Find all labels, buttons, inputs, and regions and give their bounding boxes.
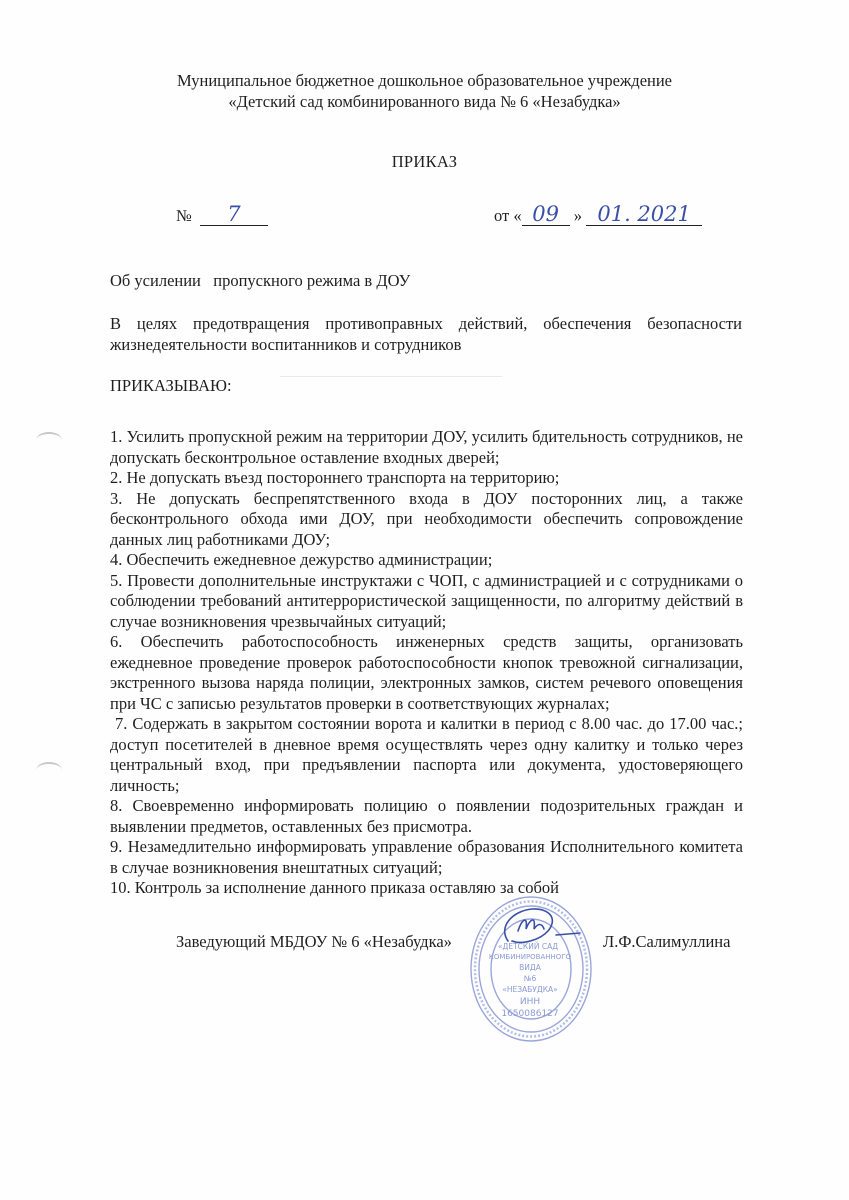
order-item: 10. Контроль за исполнение данного прика… <box>110 878 743 899</box>
order-subject: Об усилении пропускного режима в ДОУ <box>110 271 410 291</box>
order-item: 6. Обеспечить работоспособность инженерн… <box>110 632 743 714</box>
handwritten-month-year: 01. 2021 <box>586 203 702 225</box>
order-item: 5. Провести дополнительные инструктажи с… <box>110 571 743 633</box>
svg-text:ВИДА: ВИДА <box>519 963 542 972</box>
order-item: 7. Содержать в закрытом состоянии ворота… <box>110 714 743 796</box>
svg-text:«ДЕТСКИЙ САД: «ДЕТСКИЙ САД <box>498 942 558 951</box>
svg-text:«НЕЗАБУДКА»: «НЕЗАБУДКА» <box>502 985 558 994</box>
punch-hole-mark <box>36 432 62 448</box>
order-item: 1. Усилить пропускной режим на территори… <box>110 427 743 468</box>
day-field: 09 <box>522 207 570 226</box>
order-item: 3. Не допускать беспрепятственного входа… <box>110 489 743 551</box>
official-stamp-icon: «ДЕТСКИЙ САД КОМБИНИРОВАННОГО ВИДА №6 «Н… <box>468 893 594 1045</box>
institution-header: Муниципальное бюджетное дошкольное образ… <box>0 70 849 112</box>
svg-text:1650086127: 1650086127 <box>501 1009 558 1019</box>
date-prefix: от « <box>494 206 522 225</box>
signatory-name: Л.Ф.Салимуллина <box>603 932 730 952</box>
institution-name-line2: «Детский сад комбинированного вида № 6 «… <box>0 91 849 112</box>
order-preamble: В целях предотвращения противоправных де… <box>110 313 742 355</box>
order-item: 9. Незамедлительно информировать управле… <box>110 837 743 878</box>
svg-text:№6: №6 <box>524 974 537 983</box>
order-item: 4. Обеспечить ежедневное дежурство админ… <box>110 550 743 571</box>
number-field: 7 <box>200 207 268 226</box>
handwritten-day: 09 <box>522 203 570 225</box>
svg-text:ИНН: ИНН <box>520 997 540 1007</box>
signatory-role: Заведующий МБДОУ № 6 «Незабудка» <box>176 932 452 952</box>
order-items-list: 1. Усилить пропускной режим на территори… <box>110 427 743 899</box>
month-year-field: 01. 2021 <box>586 207 702 226</box>
punch-hole-mark <box>36 762 62 778</box>
institution-name-line1: Муниципальное бюджетное дошкольное образ… <box>0 70 849 91</box>
order-word: ПРИКАЗЫВАЮ: <box>110 376 232 396</box>
order-date: от «09 » 01. 2021 <box>494 206 702 226</box>
document-page: Муниципальное бюджетное дошкольное образ… <box>0 0 849 1200</box>
date-mid: » <box>574 206 582 225</box>
document-title: ПРИКАЗ <box>0 152 849 172</box>
order-item: 2. Не допускать въезд постороннего транс… <box>110 468 743 489</box>
order-item: 8. Своевременно информировать полицию о … <box>110 796 743 837</box>
number-label: № <box>176 206 192 225</box>
handwritten-number: 7 <box>200 203 268 225</box>
order-number: № 7 <box>176 206 268 226</box>
faint-scan-line <box>280 376 502 377</box>
svg-text:КОМБИНИРОВАННОГО: КОМБИНИРОВАННОГО <box>489 953 572 961</box>
